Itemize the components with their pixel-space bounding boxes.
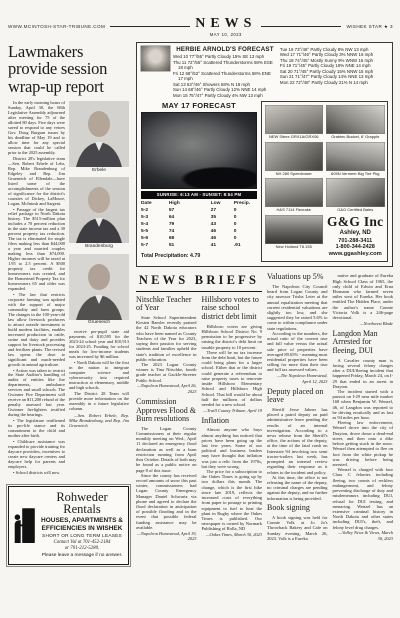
gg-ad-item: NH 280 Speedrower [265,142,324,176]
article-paragraph: receive per-pupil state aid payments of … [69,330,129,360]
weather-table-row: 5-364350 [141,215,257,222]
equipment-photo [265,142,324,171]
brief-paragraph: native and graduate of Eureka High Schoo… [333,273,394,320]
brief-paragraph: The Logan County Commissioners at their … [136,426,197,473]
forecast-text-section: HERBIE ARNOLD'S FORECAST Wed 10 77°/56° … [141,46,388,98]
photo-caption: Erbele [69,167,129,175]
brief-attribution: —Napoleon Homestead, April 19, 2023 [136,531,197,542]
article-paragraph: • The law that restricts corporate farmi… [8,293,65,368]
brief-headline: Deputy placed on leave [267,388,328,405]
article-paragraph: • Passage of the largest tax relief pack… [8,208,65,292]
wx-cell: 57 [169,208,211,215]
article-paragraph: • Childcare assistance was expanded to p… [8,440,65,470]
photo-caption: Grueneich [69,320,129,328]
brief-headline: Hillsboro votes to raise school district… [202,296,263,322]
equipment-caption: New Holland T8.155 [265,245,324,249]
brief-paragraph: The price for a subscription to the Oake… [202,469,263,532]
rohweder-rentals-ad: Rohweder Rentals HOUSES, APARTMENTS & EF… [8,486,129,565]
brief-paragraph: Sheriff Jesse Jahner has placed a patrol… [267,407,328,475]
wx-cell: 46 [211,229,234,236]
masthead-rule-right [261,26,341,27]
wx-cell: .91 [234,243,257,250]
forecast-line: Thu 11 72°/55° Scattered Thunderstorms 5… [173,60,277,71]
gg-ad-item: New Holland T8.155 [265,215,324,258]
weather-table-row: 5-668460 [141,236,257,243]
masthead-center: NEWS MAY 10, 2023 [195,17,256,37]
wx-cell: 79 [169,222,211,229]
forecast-bottom-section: MAY 17 FORECAST SUNRISE: 6:13 AM - SUNSE… [141,101,388,262]
article-paragraph: • Action was taken to restrict the State… [8,369,65,419]
forecast-line: Wed 17 71°/46° Partly Cloudy 3% NNW 16 m… [280,52,388,58]
weather-table-row: 5-574460 [141,229,257,236]
brief-paragraph: Fleeing law enforcement, Wenzel drove in… [333,420,394,467]
total-precipitation: Total Precipitation: 4.79 [141,254,257,259]
section-title: NEWS [195,17,256,31]
wx-cell: 68 [169,236,211,243]
masthead-rule-left [110,26,190,27]
forecast-line: Sun 14 68°/46° Partly Cloudy 12% NNE 14 … [173,87,277,93]
brief-paragraph: Hillsboro voters are giving Hillsboro Sc… [202,324,263,350]
gg-ad-item: 605N Vermeer Big Tire Pkg [326,142,385,176]
portrait-grueneich: Grueneich [69,254,129,328]
article-paragraph: • The legislature reaffirmed its pro-lif… [8,419,65,439]
weather-table-row: 5-75141.91 [141,243,257,250]
wx-cell: 0 [234,229,257,236]
brief-paragraph: State School Superintendent Kirsten Baes… [136,315,197,362]
forecast-line: Wed 10 77°/56° Partly Cloudy 15% SE 13 m… [173,54,277,60]
brief-paragraph: There will be no tax increase from the d… [202,350,263,407]
portrait-erbele: Erbele [69,101,129,175]
equipment-caption: G&G Certified Bales [326,208,385,212]
wx-cell: 5-5 [141,229,169,236]
lead-article-body: In the early morning hours of Sunday, Ap… [8,101,129,477]
edition-page-number: WISHEK STAR ★ 3 [346,25,393,30]
wx-cell: 0 [234,236,257,243]
news-briefs-header: NEWS BRIEFS [136,273,262,292]
wx-cell: 41 [211,243,234,250]
wx-cell: 51 [169,243,211,250]
brandenburg-photo [69,177,129,243]
brief-attribution: —Napoleon Homestead, April 26, 2023 [136,383,197,394]
door-person-icon [12,507,36,544]
article-byline: —Sen. Robert Erbele, Rep. Mike Brandenbu… [69,413,129,429]
forecast-box: HERBIE ARNOLD'S FORECAST Wed 10 77°/56° … [136,42,393,268]
gg-ad-item: Grabtec Bucket, 6' Grapple [326,105,385,139]
lead-article: Lawmakers provide session wrap-up report… [8,42,129,565]
wx-cell: 0 [234,222,257,229]
gg-company-name: G&G Inc [326,215,385,229]
news-briefs-section: NEWS BRIEFS Nitschke Teacher of Year Sta… [136,273,393,542]
article-paragraph: The District 28 Team will provide more i… [69,392,129,412]
wx-cell: 0 [234,215,257,222]
wx-cell: 0 [234,208,257,215]
wx-cell: 64 [169,215,211,222]
gg-ad-item: NEW Sitrex GRX1A/GRX06 [265,105,324,139]
rohweder-ad-text: Rohweder Rentals HOUSES, APARTMENTS & EF… [39,491,125,560]
wx-cell: 46 [211,236,234,243]
forecast-line: Sun 21 71°/47° Partly Cloudy 14% NNE 13 … [280,74,388,80]
article-paragraph: In the early morning hours of Sunday, Ap… [8,101,65,156]
weather-data-column: MAY 17 FORECAST SUNRISE: 6:13 AM - SUNSE… [141,101,257,262]
masthead: WWW.MCINTOSH-STAR-TRIBUNE.COM NEWS MAY 1… [8,17,393,37]
wx-cell: 74 [169,229,211,236]
brief-paragraph: Almost anyone who buys almost anything h… [202,427,263,469]
briefs-column-4: native and graduate of Eureka High Schoo… [333,273,394,542]
lead-headline: Lawmakers provide session wrap-up report [8,43,129,95]
erbele-photo [69,101,129,167]
equipment-photo [326,105,385,134]
brief-headline: Valuations up 5% [267,273,328,282]
brief-headline: Nitschke Teacher of Year [136,296,197,313]
photo-caption: Brandenburg [69,243,129,251]
equipment-photo [265,105,324,134]
brief-headline: Commission Approves Flood & Burn resolut… [136,398,197,424]
forecast-line: Mon 22 72°/48° Partly Cloudy 21% N 14 mp… [280,80,388,86]
brief-paragraph: The 2023 Logan County winner is Tina Nit… [136,362,197,383]
page-body: Lawmakers provide session wrap-up report… [8,42,393,565]
gg-website: www.ggashley.com [326,251,385,259]
gg-phone-tollfree: 1-800-344-2428 [326,244,385,251]
rohweder-ad-services: HOUSES, APARTMENTS & EFFICIENCIES IN WIS… [39,517,125,532]
weather-table-header-row: Date High Low Precip. [141,201,257,208]
equipment-photo [265,178,324,207]
brief-paragraph: A Cavalier county man is facing several … [333,358,394,389]
brief-paragraph: Since the county has received record amo… [136,473,197,530]
briefs-column-3: Valuations up 5% The Napoleon City Counc… [267,273,328,542]
gg-inc-logo-block: G&G Inc Ashley, ND 701-288-3411 1-800-34… [326,215,385,258]
us-forecast-map [141,112,257,189]
equipment-caption: NH 280 Speedrower [265,172,324,176]
lead-column-1: In the early morning hours of Sunday, Ap… [8,101,65,477]
equipment-caption: 605N Vermeer Big Tire Pkg [326,172,385,176]
wx-col-header: High [169,201,211,208]
brief-headline: Langdon Man Arrested for fleeing, DUI [333,330,394,356]
equipment-caption: H&S 7114 Flexrake [265,208,324,212]
brief-attribution: —Valley News & Views, March 30, 2023 [333,530,394,541]
brief-attribution: —Traill County Tribune, April 19 [202,408,263,414]
equipment-caption: NEW Sitrex GRX1A/GRX06 [265,135,324,139]
gg-city: Ashley, ND [326,230,385,237]
wx-cell: 5-7 [141,243,169,250]
sunrise-sunset-bar: SUNRISE: 6:13 AM - SUNSET: 8:54 PM [141,191,257,199]
weather-table-row: 5-479430 [141,222,257,229]
portrait-brandenburg: Brandenburg [69,177,129,251]
rohweder-ad-note: Please leave a message if no answer. [39,553,125,559]
brief-paragraph: At this time, the office is not releasin… [267,475,328,501]
gg-ad-item: H&S 7114 Flexrake [265,178,324,212]
forecast-line: Mon 15 75°/47° Partly Cloudy 4% NW 13 mp… [173,93,277,99]
gg-phone-local: 701-288-3411 [326,238,385,245]
brief-attribution: —Northwest Blade [333,321,394,327]
masthead-website: WWW.MCINTOSH-STAR-TRIBUNE.COM [8,25,105,30]
brief-paragraph: Wenzel is charged with four Class C felo… [333,467,394,530]
brief-paragraph: According to the numbers, the actual rat… [267,331,328,373]
article-paragraph: • School districts will now [8,471,65,476]
forecast-week1: HERBIE ARNOLD'S FORECAST Wed 10 77°/56° … [173,46,277,98]
rohweder-ad-phone-alt: or 701-212-5280. [39,546,125,552]
equipment-caption: Grabtec Bucket, 6' Grapple [326,135,385,139]
brief-paragraph: The Napoleon City Council heard from Log… [267,284,328,331]
equipment-photo [326,178,385,207]
forecast-line: Fri 12 68°/52° Scattered Thunderstorms 5… [173,71,277,82]
forecast-title: HERBIE ARNOLD'S FORECAST [173,46,277,53]
equipment-photo [265,215,324,244]
brief-attribution: —The Napoleon Homestead, April 12, 2023 [267,373,328,384]
article-paragraph: • North Dakota will be the first in the … [69,361,129,391]
brief-headline: Inflation [202,417,263,426]
lead-column-2: Erbele Brandenburg Grueneich receive per… [69,101,129,477]
article-paragraph: District 28's legislative team—Sen. Robe… [8,157,65,207]
brief-headline: Book signing [267,504,328,513]
brief-attribution: —Oakes Times, March 30, 2023 [202,532,263,538]
gg-ad-item: G&G Certified Bales [326,178,385,212]
forecast-week2: Tue 16 73°/48° Partly Cloudy 8% NW 13 mp… [280,46,388,98]
grueneich-photo [69,254,129,320]
newspaper-page: WWW.MCINTOSH-STAR-TRIBUNE.COM NEWS MAY 1… [0,0,400,618]
weather-table-row: 5-257270 [141,208,257,215]
briefs-column-2: Hillsboro votes to raise school district… [202,296,263,543]
equipment-photo [326,142,385,171]
issue-date: MAY 10, 2023 [195,33,256,37]
gg-inc-ad: NEW Sitrex GRX1A/GRX06 Grabtec Bucket, 6… [261,101,388,262]
brief-paragraph: A book signing was held for Connie Volk … [267,515,328,541]
rohweder-ad-title: Rohweder Rentals [39,491,125,516]
herbie-arnold-photo [141,46,170,71]
map-title: MAY 17 FORECAST [141,102,257,110]
brief-paragraph: The incident started with a pursuit on I… [333,389,394,420]
wx-cell: 5-6 [141,236,169,243]
wx-col-header: Precip. [234,201,257,208]
weather-table: Date High Low Precip. 5-257270 5-364350 … [141,201,257,250]
briefs-column-1: Nitschke Teacher of Year State School Su… [136,296,197,543]
right-region: HERBIE ARNOLD'S FORECAST Wed 10 77°/56° … [136,42,393,565]
